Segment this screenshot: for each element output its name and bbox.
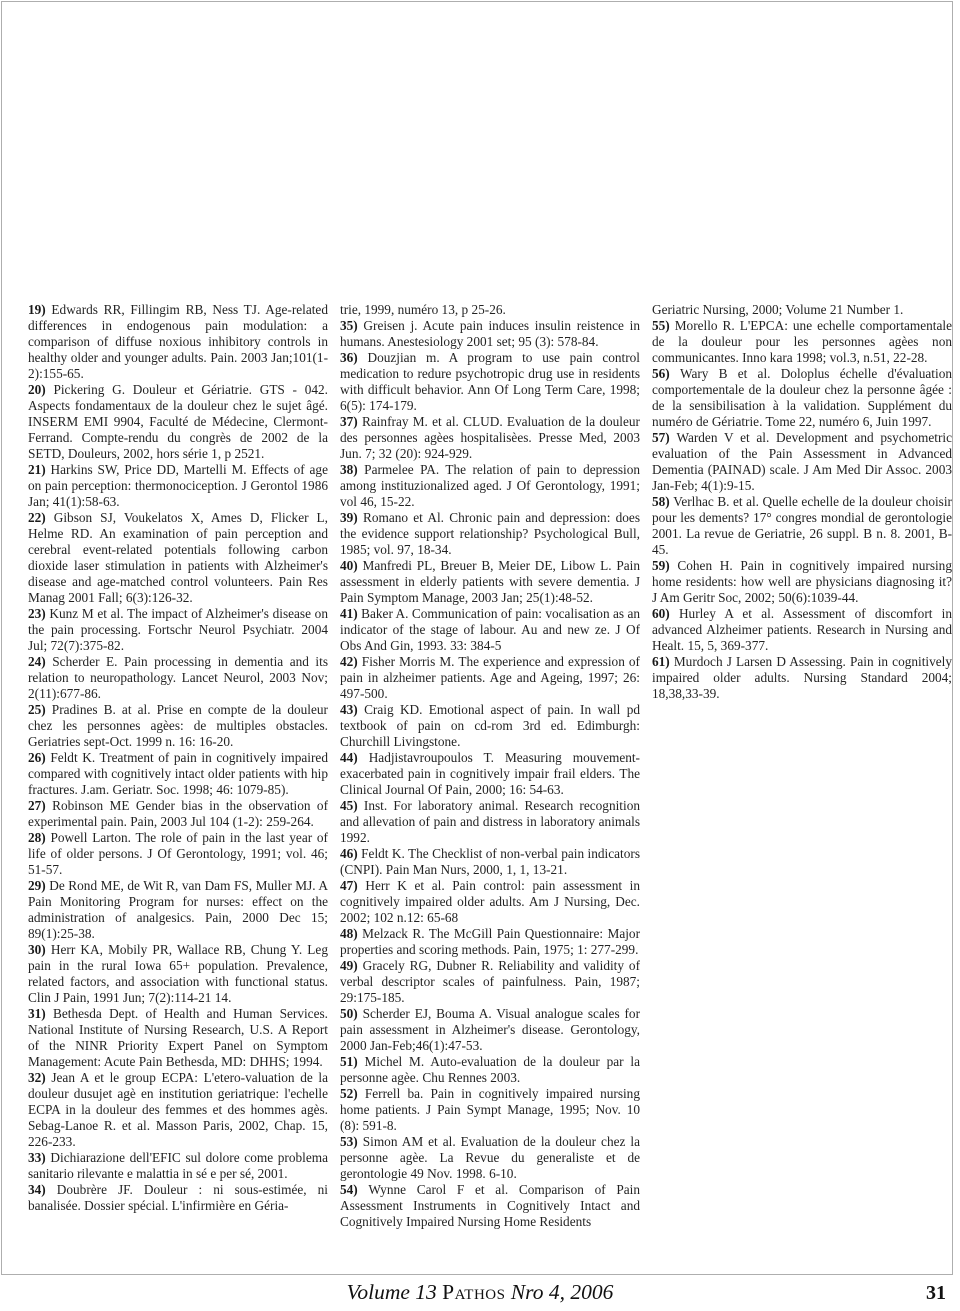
reference-text: Warden V et al. Development and psychome… (652, 430, 952, 493)
reference-number: 42) (340, 654, 362, 669)
reference-text: De Rond ME, de Wit R, van Dam FS, Muller… (28, 878, 328, 941)
reference-number: 19) (28, 302, 51, 317)
reference-number: 30) (28, 942, 51, 957)
reference-item: 41) Baker A. Communication of pain: voca… (340, 606, 640, 654)
reference-number: 60) (652, 606, 679, 621)
reference-item: 25) Pradines B. at al. Prise en compte d… (28, 702, 328, 750)
reference-number: 34) (28, 1182, 57, 1197)
reference-text: Manfredi PL, Breuer B, Meier DE, Libow L… (340, 558, 640, 605)
reference-text: Cohen H. Pain in cognitively impaired nu… (652, 558, 952, 605)
reference-text: Herr KA, Mobily PR, Wallace RB, Chung Y.… (28, 942, 328, 1005)
reference-text: Gracely RG, Dubner R. Reliability and va… (340, 958, 640, 1005)
reference-number: 26) (28, 750, 50, 765)
reference-item: 38) Parmelee PA. The relation of pain to… (340, 462, 640, 510)
reference-text: Romano et Al. Chronic pain and depressio… (340, 510, 640, 557)
reference-number: 52) (340, 1086, 365, 1101)
footer-text-part: Pathos (442, 1280, 505, 1304)
reference-number: 32) (28, 1070, 51, 1085)
reference-item: 34) Doubrère JF. Douleur : ni sous-estim… (28, 1182, 328, 1214)
reference-text: Michel M. Auto-evaluation de la douleur … (340, 1054, 640, 1085)
reference-text: Inst. For laboratory animal. Research re… (340, 798, 640, 845)
reference-item: 28) Powell Larton. The role of pain in t… (28, 830, 328, 878)
reference-number: 37) (340, 414, 362, 429)
reference-text: Pickering G. Douleur et Gériatrie. GTS -… (28, 382, 328, 461)
reference-item: 55) Morello R. L'EPCA: une echelle compo… (652, 318, 952, 366)
reference-item: 24) Scherder E. Pain processing in demen… (28, 654, 328, 702)
reference-column: Geriatric Nursing, 2000; Volume 21 Numbe… (652, 302, 952, 1280)
reference-number: 35) (340, 318, 363, 333)
reference-item: Geriatric Nursing, 2000; Volume 21 Numbe… (652, 302, 952, 318)
reference-text: Scherder EJ, Bouma A. Visual analogue sc… (340, 1006, 640, 1053)
reference-number: 29) (28, 878, 49, 893)
reference-text: Bethesda Dept. of Health and Human Servi… (28, 1006, 328, 1069)
page-number: 31 (926, 1282, 946, 1305)
reference-item: 53) Simon AM et al. Evaluation de la dou… (340, 1134, 640, 1182)
reference-number: 47) (340, 878, 365, 893)
reference-number: 28) (28, 830, 51, 845)
reference-item: 50) Scherder EJ, Bouma A. Visual analogu… (340, 1006, 640, 1054)
footer-text-part: Nro 4, 2006 (505, 1280, 613, 1304)
reference-number: 56) (652, 366, 680, 381)
reference-number: 49) (340, 958, 363, 973)
reference-item: 27) Robinson ME Gender bias in the obser… (28, 798, 328, 830)
reference-item: 48) Melzack R. The McGill Pain Questionn… (340, 926, 640, 958)
reference-number: 20) (28, 382, 53, 397)
reference-text: Feldt K. Treatment of pain in cognitivel… (28, 750, 328, 797)
reference-text: Edwards RR, Fillingim RB, Ness TJ. Age-r… (28, 302, 328, 381)
reference-text: Pradines B. at al. Prise en compte de la… (28, 702, 328, 749)
reference-item: 39) Romano et Al. Chronic pain and depre… (340, 510, 640, 558)
reference-number: 36) (340, 350, 367, 365)
reference-number: 59) (652, 558, 677, 573)
reference-number: 22) (28, 510, 54, 525)
reference-item: 30) Herr KA, Mobily PR, Wallace RB, Chun… (28, 942, 328, 1006)
reference-text: Jean A et le group ECPA: L'etero-valuati… (28, 1070, 328, 1149)
reference-number: 24) (28, 654, 52, 669)
reference-item: 22) Gibson SJ, Voukelatos X, Ames D, Fli… (28, 510, 328, 606)
reference-item: 23) Kunz M et al. The impact of Alzheime… (28, 606, 328, 654)
reference-number: 39) (340, 510, 363, 525)
reference-text: Ferrell ba. Pain in cognitively impaired… (340, 1086, 640, 1133)
reference-text: Parmelee PA. The relation of pain to dep… (340, 462, 640, 509)
reference-item: 33) Dichiarazione dell'EFIC sul dolore c… (28, 1150, 328, 1182)
reference-item: 31) Bethesda Dept. of Health and Human S… (28, 1006, 328, 1070)
reference-text: trie, 1999, numéro 13, p 25-26. (340, 302, 506, 317)
reference-text: Melzack R. The McGill Pain Questionnaire… (340, 926, 640, 957)
reference-item: 51) Michel M. Auto-evaluation de la doul… (340, 1054, 640, 1086)
reference-text: Wynne Carol F et al. Comparison of Pain … (340, 1182, 640, 1229)
reference-number: 51) (340, 1054, 365, 1069)
reference-number: 53) (340, 1134, 363, 1149)
reference-text: Doubrère JF. Douleur : ni sous-estimée, … (28, 1182, 328, 1213)
reference-number: 27) (28, 798, 52, 813)
reference-item: 47) Herr K et al. Pain control: pain ass… (340, 878, 640, 926)
reference-text: Dichiarazione dell'EFIC sul dolore come … (28, 1150, 328, 1181)
reference-number: 41) (340, 606, 361, 621)
reference-item: 36) Douzjian m. A program to use pain co… (340, 350, 640, 414)
reference-text: Harkins SW, Price DD, Martelli M. Effect… (28, 462, 328, 509)
footer-text-part: Volume 13 (347, 1280, 443, 1304)
reference-number: 40) (340, 558, 363, 573)
reference-text: Verlhac B. et al. Quelle echelle de la d… (652, 494, 952, 557)
reference-text: Gibson SJ, Voukelatos X, Ames D, Flicker… (28, 510, 328, 605)
reference-text: Greisen j. Acute pain induces insulin re… (340, 318, 640, 349)
reference-number: 43) (340, 702, 364, 717)
reference-item: 58) Verlhac B. et al. Quelle echelle de … (652, 494, 952, 558)
reference-item: 46) Feldt K. The Checklist of non-verbal… (340, 846, 640, 878)
reference-item: 19) Edwards RR, Fillingim RB, Ness TJ. A… (28, 302, 328, 382)
reference-text: Wary B et al. Doloplus échelle d'évaluat… (652, 366, 952, 429)
reference-number: 54) (340, 1182, 368, 1197)
reference-item: 52) Ferrell ba. Pain in cognitively impa… (340, 1086, 640, 1134)
reference-text: Powell Larton. The role of pain in the l… (28, 830, 328, 877)
reference-number: 50) (340, 1006, 363, 1021)
reference-item: 59) Cohen H. Pain in cognitively impaire… (652, 558, 952, 606)
reference-number: 45) (340, 798, 364, 813)
reference-text: Baker A. Communication of pain: vocalisa… (340, 606, 640, 653)
reference-item: 61) Murdoch J Larsen D Assessing. Pain i… (652, 654, 952, 702)
reference-number: 25) (28, 702, 52, 717)
reference-text: Scherder E. Pain processing in dementia … (28, 654, 328, 701)
reference-text: Robinson ME Gender bias in the observati… (28, 798, 328, 829)
reference-text: Simon AM et al. Evaluation de la douleur… (340, 1134, 640, 1181)
reference-number: 38) (340, 462, 364, 477)
reference-number: 61) (652, 654, 674, 669)
reference-item: 29) De Rond ME, de Wit R, van Dam FS, Mu… (28, 878, 328, 942)
reference-text: Rainfray M. et al. CLUD. Evaluation de l… (340, 414, 640, 461)
reference-item: 49) Gracely RG, Dubner R. Reliability an… (340, 958, 640, 1006)
reference-number: 58) (652, 494, 673, 509)
reference-number: 48) (340, 926, 362, 941)
references-columns: 19) Edwards RR, Fillingim RB, Ness TJ. A… (28, 302, 954, 1280)
reference-text: Morello R. L'EPCA: une echelle comportam… (652, 318, 952, 365)
journal-volume-footer: Volume 13 Pathos Nro 4, 2006 (0, 1280, 960, 1305)
reference-item: 37) Rainfray M. et al. CLUD. Evaluation … (340, 414, 640, 462)
reference-item: 40) Manfredi PL, Breuer B, Meier DE, Lib… (340, 558, 640, 606)
reference-text: Craig KD. Emotional aspect of pain. In w… (340, 702, 640, 749)
reference-number: 21) (28, 462, 51, 477)
reference-text: Fisher Morris M. The experience and expr… (340, 654, 640, 701)
reference-item: 32) Jean A et le group ECPA: L'etero-val… (28, 1070, 328, 1150)
reference-text: Hadjistavroupoulos T. Measuring mouvemen… (340, 750, 640, 797)
reference-item: 45) Inst. For laboratory animal. Researc… (340, 798, 640, 846)
reference-column: trie, 1999, numéro 13, p 25-26.35) Greis… (340, 302, 640, 1280)
reference-text: Murdoch J Larsen D Assessing. Pain in co… (652, 654, 952, 701)
reference-number: 57) (652, 430, 676, 445)
reference-text: Geriatric Nursing, 2000; Volume 21 Numbe… (652, 302, 903, 317)
reference-text: Hurley A et al. Assessment of discomfort… (652, 606, 952, 653)
reference-text: Feldt K. The Checklist of non-verbal pai… (340, 846, 640, 877)
reference-column: 19) Edwards RR, Fillingim RB, Ness TJ. A… (28, 302, 328, 1280)
reference-number: 23) (28, 606, 49, 621)
reference-number: 55) (652, 318, 675, 333)
scanned-page-border: 19) Edwards RR, Fillingim RB, Ness TJ. A… (1, 1, 953, 1275)
reference-item: 54) Wynne Carol F et al. Comparison of P… (340, 1182, 640, 1230)
reference-number: 44) (340, 750, 369, 765)
reference-item: 20) Pickering G. Douleur et Gériatrie. G… (28, 382, 328, 462)
reference-number: 33) (28, 1150, 50, 1165)
reference-item: trie, 1999, numéro 13, p 25-26. (340, 302, 640, 318)
reference-item: 56) Wary B et al. Doloplus échelle d'éva… (652, 366, 952, 430)
reference-item: 35) Greisen j. Acute pain induces insuli… (340, 318, 640, 350)
reference-text: Douzjian m. A program to use pain contro… (340, 350, 640, 413)
reference-item: 57) Warden V et al. Development and psyc… (652, 430, 952, 494)
reference-text: Kunz M et al. The impact of Alzheimer's … (28, 606, 328, 653)
reference-number: 46) (340, 846, 361, 861)
reference-item: 60) Hurley A et al. Assessment of discom… (652, 606, 952, 654)
reference-item: 21) Harkins SW, Price DD, Martelli M. Ef… (28, 462, 328, 510)
reference-item: 42) Fisher Morris M. The experience and … (340, 654, 640, 702)
reference-number: 31) (28, 1006, 53, 1021)
reference-item: 43) Craig KD. Emotional aspect of pain. … (340, 702, 640, 750)
reference-item: 26) Feldt K. Treatment of pain in cognit… (28, 750, 328, 798)
reference-text: Herr K et al. Pain control: pain assessm… (340, 878, 640, 925)
reference-item: 44) Hadjistavroupoulos T. Measuring mouv… (340, 750, 640, 798)
